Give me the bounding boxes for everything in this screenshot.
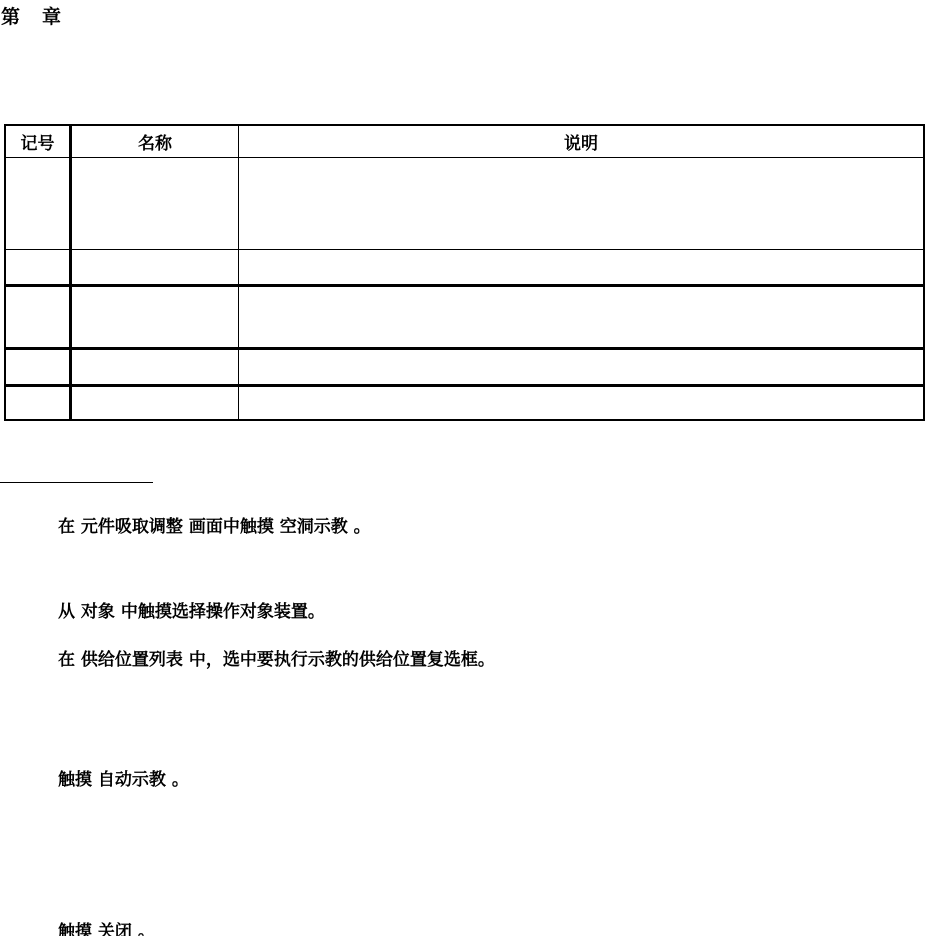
header-symbol: 记号 xyxy=(6,126,72,157)
step-2: 从 对象 中触摸选择操作对象装置。 xyxy=(58,597,325,622)
symbol-table: 记号 名称 说明 xyxy=(4,124,925,421)
step-5: 触摸 关闭 。 xyxy=(58,917,155,936)
cell-symbol xyxy=(6,287,72,347)
cell-name xyxy=(72,350,239,384)
cell-name xyxy=(72,158,239,249)
chapter-suffix: 章 xyxy=(42,2,61,29)
table-row xyxy=(6,250,923,287)
table-row xyxy=(6,387,923,421)
cell-symbol xyxy=(6,158,72,249)
cell-name xyxy=(72,250,239,284)
chapter-prefix: 第 xyxy=(1,2,20,29)
table-row xyxy=(6,350,923,387)
cell-description xyxy=(239,350,923,384)
cell-description xyxy=(239,387,923,421)
cell-name xyxy=(72,387,239,421)
cell-name xyxy=(72,287,239,347)
header-name: 名称 xyxy=(72,126,239,157)
step-4: 触摸 自动示教 。 xyxy=(58,765,189,790)
step-1: 在 元件吸取调整 画面中触摸 空洞示教 。 xyxy=(58,512,371,537)
cell-description xyxy=(239,287,923,347)
table-row xyxy=(6,287,923,350)
cell-symbol xyxy=(6,387,72,421)
table-row xyxy=(6,158,923,250)
section-divider xyxy=(0,482,153,483)
cell-description xyxy=(239,158,923,249)
header-description: 说明 xyxy=(239,126,923,157)
step-3: 在 供给位置列表 中，选中要执行示教的供给位置复选框。 xyxy=(58,645,495,670)
cell-description xyxy=(239,250,923,284)
cell-symbol xyxy=(6,250,72,284)
table-header-row: 记号 名称 说明 xyxy=(6,126,923,158)
cell-symbol xyxy=(6,350,72,384)
chapter-heading: 第 章 xyxy=(1,2,61,29)
